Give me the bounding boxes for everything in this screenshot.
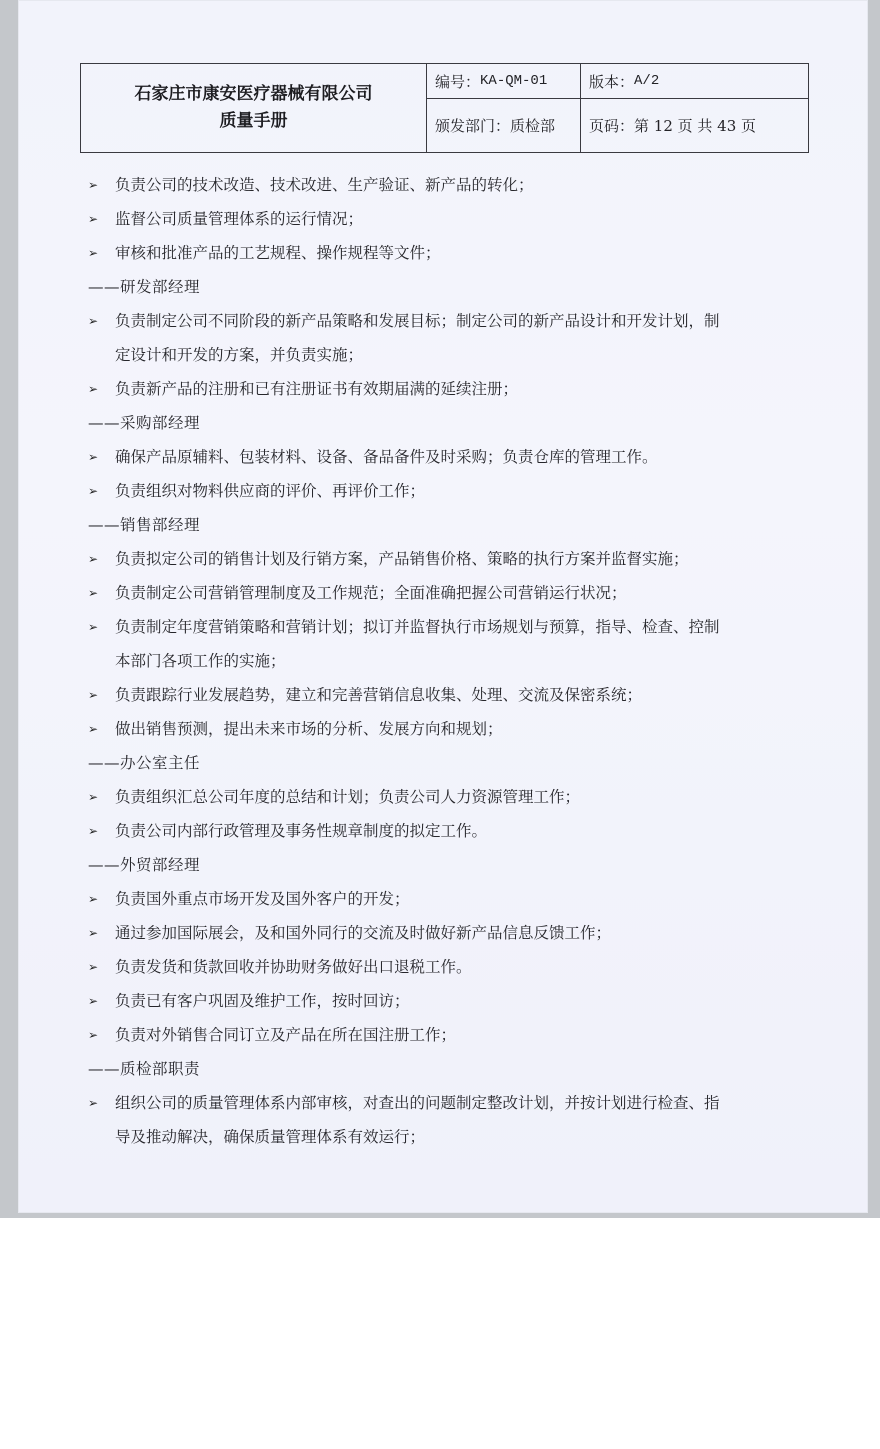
document-body: ➢负责公司的技术改造、技术改进、生产验证、新产品的转化；➢监督公司质量管理体系的… [88, 168, 800, 1154]
version-label: 版本： [589, 71, 634, 92]
list-item: ➢负责发货和货款回收并协助财务做好出口退税工作。 [88, 950, 800, 984]
list-item: ➢负责跟踪行业发展趋势，建立和完善营销信息收集、处理、交流及保密系统； [88, 678, 800, 712]
list-item: ➢负责组织对物料供应商的评价、再评价工作； [88, 474, 800, 508]
line-text: 做出销售预测，提出未来市场的分析、发展方向和规划； [115, 720, 503, 738]
list-item-continuation: 定设计和开发的方案，并负责实施； [88, 338, 800, 372]
line-text: 监督公司质量管理体系的运行情况； [115, 210, 363, 228]
line-text: 负责已有客户巩固及维护工作，按时回访； [115, 992, 410, 1010]
issuing-dept-cell: 颁发部门： 质检部 [427, 99, 581, 152]
dept-label: 颁发部门： [435, 115, 510, 136]
line-text: 本部门各项工作的实施； [115, 652, 286, 670]
list-item: ➢负责对外销售合同订立及产品在所在国注册工作； [88, 1018, 800, 1052]
arrowhead-bullet-icon: ➢ [88, 236, 98, 270]
arrowhead-bullet-icon: ➢ [88, 304, 98, 338]
page-number-cell: 页码： 第 12 页 共 43 页 [581, 99, 808, 152]
arrowhead-bullet-icon: ➢ [88, 984, 98, 1018]
arrowhead-bullet-icon: ➢ [88, 440, 98, 474]
arrowhead-bullet-icon: ➢ [88, 678, 98, 712]
line-text: 负责组织汇总公司年度的总结和计划；负责公司人力资源管理工作； [115, 788, 580, 806]
line-text: 负责跟踪行业发展趋势，建立和完善营销信息收集、处理、交流及保密系统； [115, 686, 642, 704]
line-text: ——办公室主任 [88, 754, 200, 772]
list-item: ➢负责国外重点市场开发及国外客户的开发； [88, 882, 800, 916]
line-text: ——研发部经理 [88, 278, 200, 296]
arrowhead-bullet-icon: ➢ [88, 780, 98, 814]
arrowhead-bullet-icon: ➢ [88, 712, 98, 746]
code-label: 编号： [435, 71, 480, 92]
list-item: ➢组织公司的质量管理体系内部审核，对查出的问题制定整改计划，并按计划进行检查、指 [88, 1086, 800, 1120]
arrowhead-bullet-icon: ➢ [88, 168, 98, 202]
list-item: ➢通过参加国际展会，及和国外同行的交流及时做好新产品信息反馈工作； [88, 916, 800, 950]
arrowhead-bullet-icon: ➢ [88, 542, 98, 576]
document-header-table: 石家庄市康安医疗器械有限公司 质量手册 编号： KA-QM-01 版本： A/2… [80, 63, 809, 153]
line-text: 负责发货和货款回收并协助财务做好出口退税工作。 [115, 958, 472, 976]
list-item: ➢监督公司质量管理体系的运行情况； [88, 202, 800, 236]
line-text: 负责新产品的注册和已有注册证书有效期届满的延续注册； [115, 380, 518, 398]
section-heading: ——质检部职责 [88, 1052, 800, 1086]
list-item: ➢负责公司内部行政管理及事务性规章制度的拟定工作。 [88, 814, 800, 848]
line-text: 定设计和开发的方案，并负责实施； [115, 346, 363, 364]
line-text: 负责制定公司营销管理制度及工作规范；全面准确把握公司营销运行状况； [115, 584, 627, 602]
arrowhead-bullet-icon: ➢ [88, 950, 98, 984]
list-item: ➢负责公司的技术改造、技术改进、生产验证、新产品的转化； [88, 168, 800, 202]
line-text: 确保产品原辅料、包装材料、设备、备品备件及时采购；负责仓库的管理工作。 [115, 448, 658, 466]
arrowhead-bullet-icon: ➢ [88, 372, 98, 406]
section-heading: ——采购部经理 [88, 406, 800, 440]
line-text: 负责制定公司不同阶段的新产品策略和发展目标；制定公司的新产品设计和开发计划，制 [115, 312, 720, 330]
list-item: ➢负责制定公司不同阶段的新产品策略和发展目标；制定公司的新产品设计和开发计划，制 [88, 304, 800, 338]
arrowhead-bullet-icon: ➢ [88, 610, 98, 644]
list-item: ➢确保产品原辅料、包装材料、设备、备品备件及时采购；负责仓库的管理工作。 [88, 440, 800, 474]
line-text: 负责制定年度营销策略和营销计划；拟订并监督执行市场规划与预算，指导、检查、控制 [115, 618, 720, 636]
page-label: 页码： [589, 115, 634, 136]
dept-value: 质检部 [510, 115, 555, 136]
arrowhead-bullet-icon: ➢ [88, 1086, 98, 1120]
list-item-continuation: 本部门各项工作的实施； [88, 644, 800, 678]
header-title-cell: 石家庄市康安医疗器械有限公司 质量手册 [81, 64, 427, 152]
arrowhead-bullet-icon: ➢ [88, 1018, 98, 1052]
line-text: 审核和批准产品的工艺规程、操作规程等文件； [115, 244, 441, 262]
line-text: ——销售部经理 [88, 516, 200, 534]
line-text: 负责公司的技术改造、技术改进、生产验证、新产品的转化； [115, 176, 534, 194]
line-text: 通过参加国际展会，及和国外同行的交流及时做好新产品信息反馈工作； [115, 924, 611, 942]
version-cell: 版本： A/2 [581, 64, 808, 99]
line-text: ——采购部经理 [88, 414, 200, 432]
line-text: 组织公司的质量管理体系内部审核，对查出的问题制定整改计划，并按计划进行检查、指 [115, 1094, 720, 1112]
section-heading: ——销售部经理 [88, 508, 800, 542]
line-text: 导及推动解决，确保质量管理体系有效运行； [115, 1128, 425, 1146]
list-item-continuation: 导及推动解决，确保质量管理体系有效运行； [88, 1120, 800, 1154]
document-code-cell: 编号： KA-QM-01 [427, 64, 581, 99]
page-text: 第 12 页 共 43 页 [634, 115, 756, 136]
arrowhead-bullet-icon: ➢ [88, 882, 98, 916]
arrowhead-bullet-icon: ➢ [88, 474, 98, 508]
line-text: 负责公司内部行政管理及事务性规章制度的拟定工作。 [115, 822, 487, 840]
list-item: ➢负责拟定公司的销售计划及行销方案，产品销售价格、策略的执行方案并监督实施； [88, 542, 800, 576]
arrowhead-bullet-icon: ➢ [88, 916, 98, 950]
section-heading: ——研发部经理 [88, 270, 800, 304]
arrowhead-bullet-icon: ➢ [88, 576, 98, 610]
list-item: ➢负责制定公司营销管理制度及工作规范；全面准确把握公司营销运行状况； [88, 576, 800, 610]
line-text: 负责国外重点市场开发及国外客户的开发； [115, 890, 410, 908]
list-item: ➢做出销售预测，提出未来市场的分析、发展方向和规划； [88, 712, 800, 746]
arrowhead-bullet-icon: ➢ [88, 814, 98, 848]
section-heading: ——外贸部经理 [88, 848, 800, 882]
list-item: ➢审核和批准产品的工艺规程、操作规程等文件； [88, 236, 800, 270]
line-text: 负责对外销售合同订立及产品在所在国注册工作； [115, 1026, 456, 1044]
line-text: ——质检部职责 [88, 1060, 200, 1078]
list-item: ➢负责已有客户巩固及维护工作，按时回访； [88, 984, 800, 1018]
document-title: 质量手册 [220, 108, 288, 135]
list-item: ➢负责新产品的注册和已有注册证书有效期届满的延续注册； [88, 372, 800, 406]
version-value: A/2 [634, 73, 659, 89]
list-item: ➢负责组织汇总公司年度的总结和计划；负责公司人力资源管理工作； [88, 780, 800, 814]
line-text: 负责组织对物料供应商的评价、再评价工作； [115, 482, 425, 500]
code-value: KA-QM-01 [480, 73, 547, 89]
section-heading: ——办公室主任 [88, 746, 800, 780]
company-name: 石家庄市康安医疗器械有限公司 [135, 81, 373, 108]
line-text: ——外贸部经理 [88, 856, 200, 874]
list-item: ➢负责制定年度营销策略和营销计划；拟订并监督执行市场规划与预算，指导、检查、控制 [88, 610, 800, 644]
arrowhead-bullet-icon: ➢ [88, 202, 98, 236]
line-text: 负责拟定公司的销售计划及行销方案，产品销售价格、策略的执行方案并监督实施； [115, 550, 689, 568]
